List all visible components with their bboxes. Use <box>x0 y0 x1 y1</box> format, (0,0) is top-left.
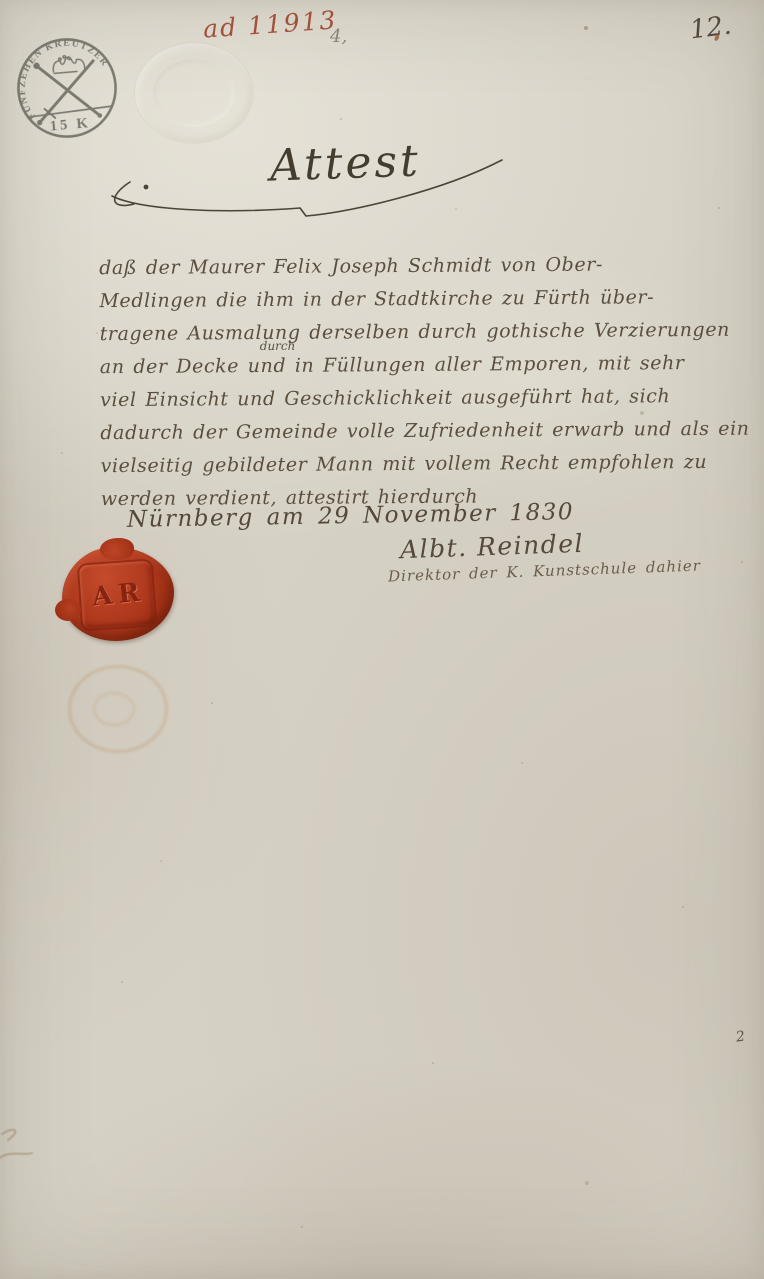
body-line: an der Decke und in Füllungen aller Empo… <box>100 347 715 384</box>
revenue-stamp-15-kreuzer: FUNFZEHEN KREUTZER 15 K <box>7 27 126 148</box>
body-paragraph: daß der Maurer Felix Joseph Schmidt von … <box>99 248 716 516</box>
body-line: tragene Ausmalung derselben durch gothis… <box>100 314 715 351</box>
left-edge-mark <box>0 1122 34 1172</box>
svg-text:FUNFZEHEN KREUTZER: FUNFZEHEN KREUTZER <box>13 34 115 123</box>
signature-name: Albt. Reindel <box>400 529 585 564</box>
stray-ink-mark: 2 <box>735 1028 746 1045</box>
paper-foxing-speckles <box>0 0 2 2</box>
document-page: { "annotations": { "registry_number_red"… <box>0 0 764 1279</box>
stamp-legend: FUNFZEHEN KREUTZER <box>13 34 115 123</box>
registry-number-red-ink: ad 11913 <box>202 5 338 43</box>
body-line: daß der Maurer Felix Joseph Schmidt von … <box>99 248 714 285</box>
body-line: viel Einsicht und Geschicklichkeit ausge… <box>100 380 715 417</box>
blind-embossed-seal <box>134 42 254 144</box>
page-number: 12. <box>688 11 733 46</box>
body-line: dadurch der Gemeinde volle Zufriedenheit… <box>100 413 715 450</box>
wax-seal: AR <box>62 547 174 641</box>
crown-icon <box>52 54 85 73</box>
body-line: vielseitig gebildeter Mann mit vollem Re… <box>100 446 715 483</box>
pencil-number: 4, <box>330 26 347 47</box>
seal-offset-stain <box>68 665 168 753</box>
interlinear-insertion: durch <box>260 339 296 353</box>
body-line: Medlingen die ihm in der Stadtkirche zu … <box>99 281 714 318</box>
wax-seal-initials: AR <box>87 577 148 613</box>
wax-seal-die: AR <box>77 558 158 631</box>
title-flourish <box>100 150 520 222</box>
